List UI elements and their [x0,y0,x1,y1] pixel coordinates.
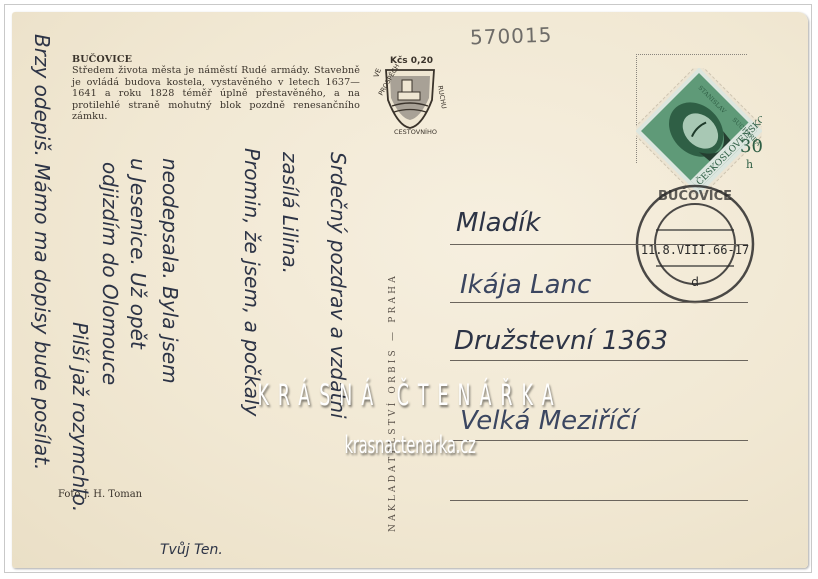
castle-emblem-icon: VE PROSPĚCH CESTOVNÍHO RUCHU [372,56,458,136]
svg-text:RUCHU: RUCHU [436,85,448,110]
address-line-5 [450,500,748,501]
svg-text:h: h [746,158,753,171]
address-line-3 [450,360,748,361]
portrait-stamp-icon: ČESKOSLOVENSKO STANISLAV SUCHARDA 30 h [636,68,762,194]
svg-text:BUČOVICE: BUČOVICE [658,188,732,204]
address-name: Ikája Lanc [460,270,591,300]
message-column-7: zasílá Lilina. [278,152,302,274]
svg-text:CESTOVNÍHO: CESTOVNÍHO [394,127,437,136]
watermark-url: krasnactenarka.cz [163,431,657,459]
svg-text:d: d [691,275,699,289]
svg-text:11.8.VIII.66-17: 11.8.VIII.66-17 [641,243,749,257]
message-column-6: Promin, že jsem, a počkaly [240,148,264,416]
message-column-2: Pilší jaž rozymchlo. [68,322,92,512]
svg-text:30: 30 [740,136,762,157]
message-column-3: odjizdím do Olomouce [98,162,122,385]
caption-body: Středem života města je náměstí Rudé arm… [72,65,360,122]
message-column-1: Brzy odepiš. Mámo ma dopisy bude posílat… [30,34,54,470]
address-recipient: Mladík [456,208,540,238]
address-line-2 [450,302,748,303]
address-line-1 [450,244,748,245]
watermark-title: KRÁSNÁ ČTENÁŘKA [171,378,649,412]
postmark-icon: 11.8.VIII.66-17 d BUČOVICE [622,182,772,312]
message-column-4: u Jesenice. Už opět [126,158,150,349]
address-street: Družstevní 1363 [454,326,668,356]
signature: Tvůj Ten. [160,542,223,558]
caption: BUČOVICE Středem života města je náměstí… [72,54,360,122]
message-column-5: neodepsala. Byla jsem [158,158,182,384]
postcard-back: BUČOVICE Středem života města je náměstí… [12,12,808,568]
svg-text:VE: VE [372,67,383,78]
serial-number: 570015 [470,23,553,50]
publisher-imprint: NAKLADATELSTVÍ ORBIS — PRAHA [388,212,398,532]
postage-stamp: ČESKOSLOVENSKO STANISLAV SUCHARDA 30 h [636,68,762,194]
caption-title: BUČOVICE [72,54,360,65]
